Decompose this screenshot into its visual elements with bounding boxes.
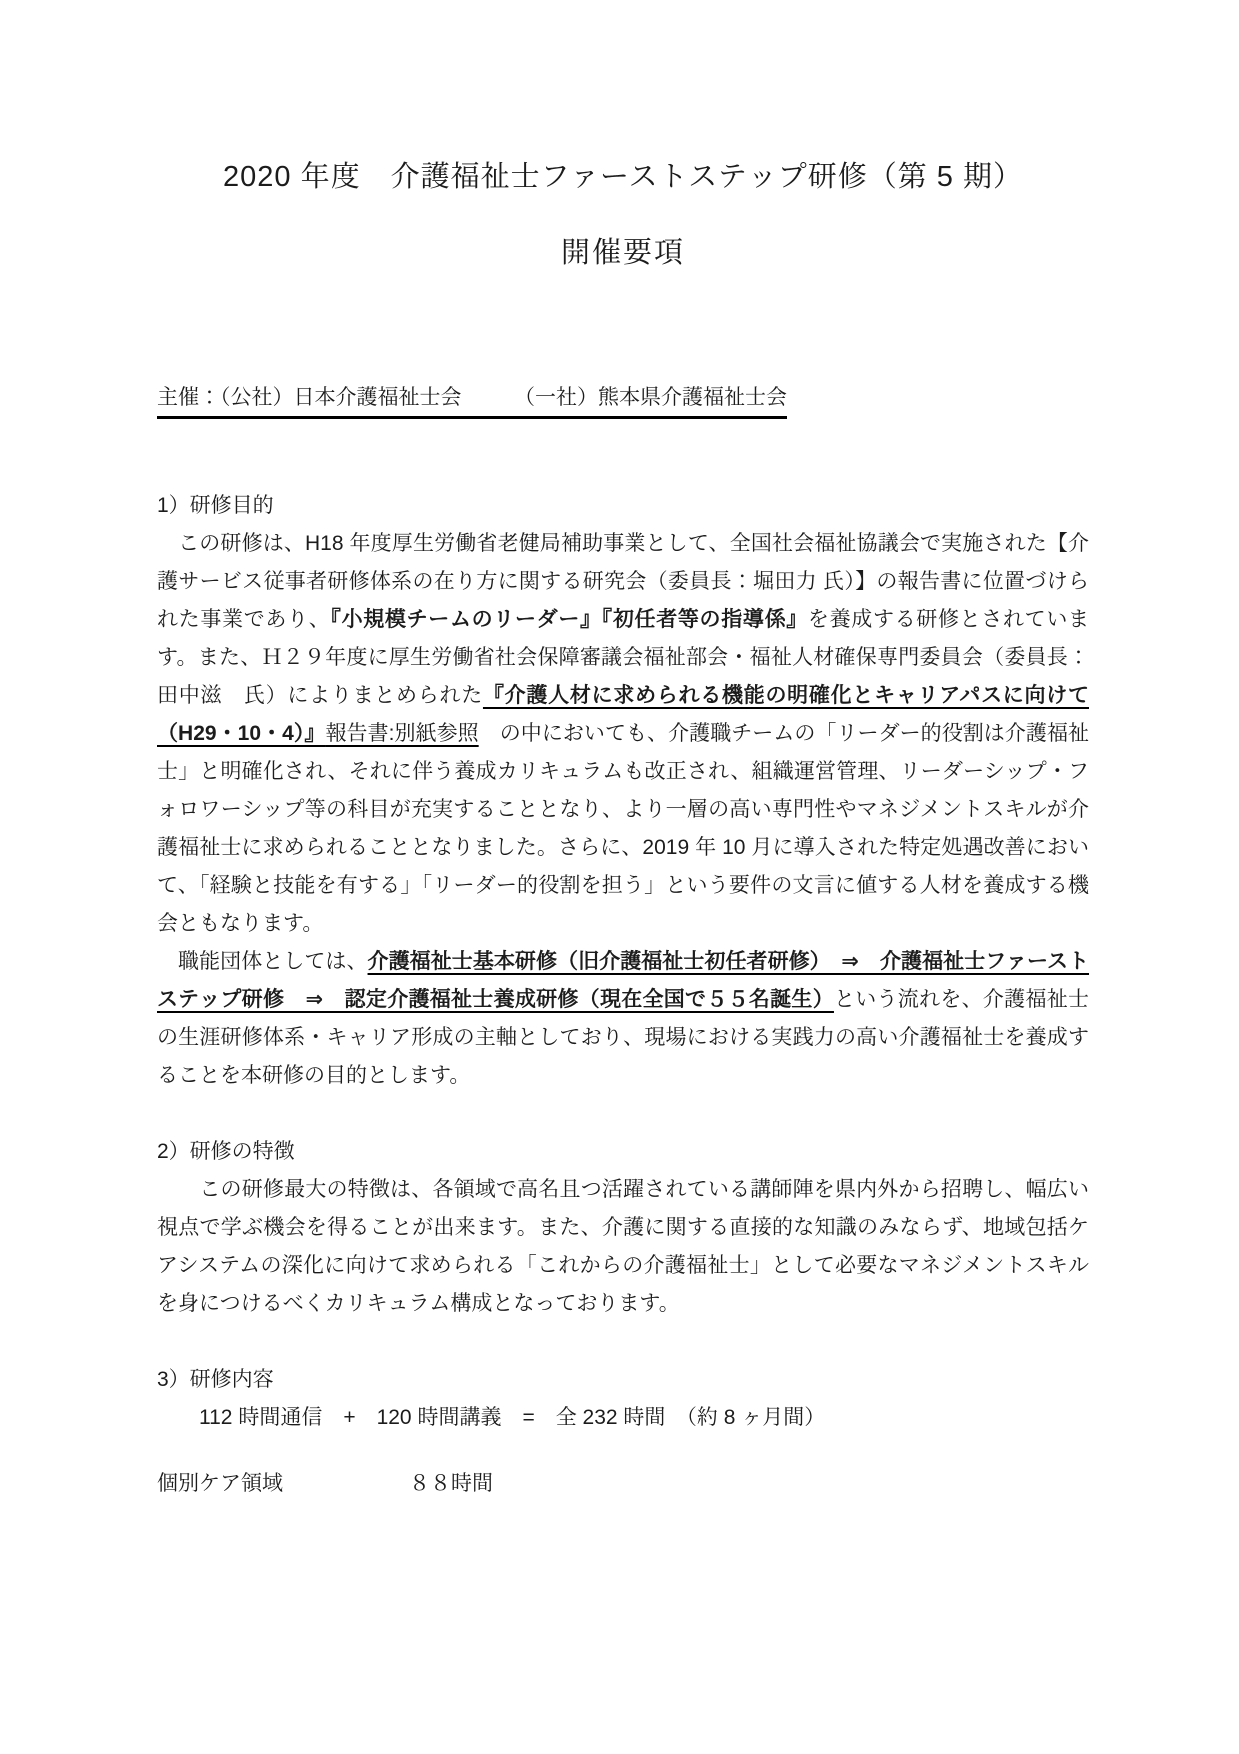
section-heading: 1）研修目的	[157, 487, 1089, 525]
text-run: 職能団体としては、	[157, 950, 368, 973]
section-heading: 2）研修の特徴	[157, 1133, 1089, 1171]
section-3: 3）研修内容 112 時間通信 + 120 時間講義 = 全 232 時間 （約…	[157, 1361, 1089, 1503]
text-run: 112 時間通信 + 120 時間講義 = 全 232 時間 （約 8 ヶ月間）	[157, 1406, 825, 1429]
paragraph: この研修は、H18 年度厚生労働省老健局補助事業として、全国社会福祉協議会で実施…	[157, 525, 1089, 943]
section-2: 2）研修の特徴 この研修最大の特徴は、各領域で高名且つ活躍されている講師陣を県内…	[157, 1133, 1089, 1323]
paragraph: 職能団体としては、介護福祉士基本研修（旧介護福祉士初任者研修） ⇒ 介護福祉士フ…	[157, 943, 1089, 1095]
document-body: 1）研修目的 この研修は、H18 年度厚生労働省老健局補助事業として、全国社会福…	[157, 487, 1089, 1503]
host-row: 主催：（公社）日本介護福祉士会 （一社）熊本県介護福祉士会	[157, 383, 1089, 419]
host-line: 主催：（公社）日本介護福祉士会 （一社）熊本県介護福祉士会	[157, 383, 787, 419]
section-1: 1）研修目的 この研修は、H18 年度厚生労働省老健局補助事業として、全国社会福…	[157, 487, 1089, 1095]
text-run: 個別ケア領域 ８８時間	[157, 1472, 493, 1495]
emphasis-run: 『小規模チームのリーダー』『初任者等の指導係』	[330, 608, 808, 631]
paragraph: 112 時間通信 + 120 時間講義 = 全 232 時間 （約 8 ヶ月間）	[157, 1399, 1089, 1437]
paragraph: 個別ケア領域 ８８時間	[157, 1465, 1089, 1503]
document-title: 2020 年度 介護福祉士ファーストステップ研修（第 5 期）	[157, 153, 1089, 201]
document-subtitle: 開催要項	[157, 229, 1089, 277]
section-heading: 3）研修内容	[157, 1361, 1089, 1399]
paragraph: この研修最大の特徴は、各領域で高名且つ活躍されている講師陣を県内外から招聘し、幅…	[157, 1171, 1089, 1323]
document-page: 2020 年度 介護福祉士ファーストステップ研修（第 5 期） 開催要項 主催：…	[0, 0, 1239, 1754]
emphasis-run: 報告書:別紙参照	[325, 722, 478, 745]
text-run: の中においても、介護職チームの「リーダー的役割は介護福祉士」と明確化され、それに…	[157, 722, 1089, 935]
text-run: この研修最大の特徴は、各領域で高名且つ活躍されている講師陣を県内外から招聘し、幅…	[157, 1178, 1089, 1315]
